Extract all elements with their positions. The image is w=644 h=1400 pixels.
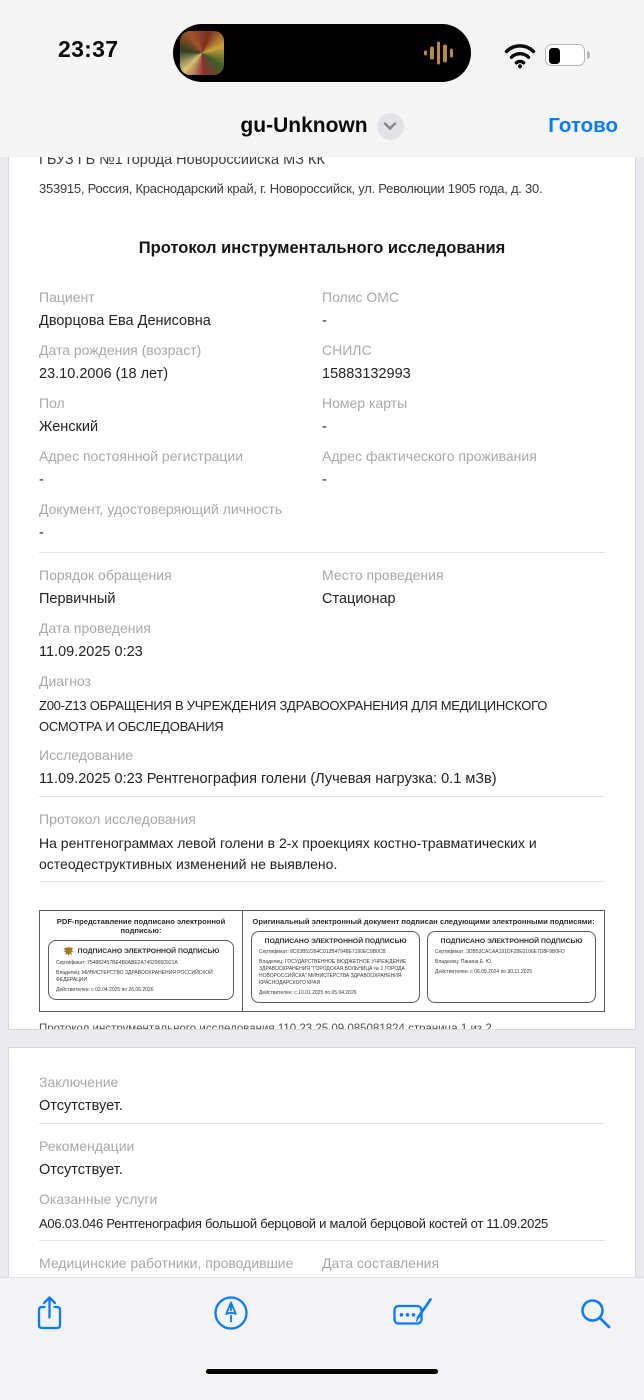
home-indicator[interactable] xyxy=(206,1369,438,1375)
field-row: ПациентДворцова Ева Денисовна Полис ОМС- xyxy=(39,287,605,332)
signature-stamp: ПОДПИСАНО ЭЛЕКТРОННОЙ ПОДПИСЬЮ Сертифика… xyxy=(251,931,420,1003)
stamp-validity: Действителен: с 06.09.2024 по 30.11.2025 xyxy=(435,969,588,976)
patient-fields: ПациентДворцова Ева Денисовна Полис ОМС-… xyxy=(39,287,605,882)
field-value: - xyxy=(322,417,595,438)
now-playing-artwork xyxy=(180,31,224,75)
search-button[interactable] xyxy=(574,1292,616,1334)
autofill-signature-icon xyxy=(392,1295,434,1331)
field-value: 23.10.2006 (18 лет) xyxy=(39,364,312,385)
field-value: - xyxy=(39,470,312,491)
signature-stamp: ПОДПИСАНО ЭЛЕКТРОННОЙ ПОДПИСЬЮ Сертифика… xyxy=(48,940,234,1000)
title-menu-button[interactable] xyxy=(377,113,404,140)
field-row: Оказанные услугиA06.03.046 Рентгенографи… xyxy=(39,1189,605,1234)
stamp-certificate: Сертификат: 8C63B52264C012B47948E7190EC9… xyxy=(259,949,412,956)
markup-pen-icon xyxy=(212,1294,250,1332)
signature-table: PDF-представление подписано электронной … xyxy=(39,910,605,1012)
field-row: Дата рождения (возраст)23.10.2006 (18 ле… xyxy=(39,340,605,385)
dynamic-island[interactable] xyxy=(173,24,471,82)
field-value: Первичный xyxy=(39,589,312,610)
stamp-owner: Владелец: МИНИСТЕРСТВО ЗДРАВООХРАНЕНИЯ Р… xyxy=(56,970,226,984)
field-label: Исследование xyxy=(39,745,595,765)
field-label: СНИЛС xyxy=(322,340,595,360)
field-row: Порядок обращенияПервичный Место проведе… xyxy=(39,565,605,610)
iphone-screen: 23:37 gu-Unknown Готово xyxy=(0,0,644,1400)
field-value: Z00-Z13 ОБРАЩЕНИЯ В УЧРЕЖДЕНИЯ ЗДРАВООХР… xyxy=(39,695,595,737)
field-value: Стационар xyxy=(322,589,595,610)
field-value: Дворцова Ева Денисовна xyxy=(39,311,312,332)
field-row: ДиагнозZ00-Z13 ОБРАЩЕНИЯ В УЧРЕЖДЕНИЯ ЗД… xyxy=(39,671,605,737)
stamp-owner: Владелец: ГОСУДАРСТВЕННОЕ БЮДЖЕТНОЕ УЧРЕ… xyxy=(259,959,412,987)
field-row: Адрес постоянной регистрации- Адрес факт… xyxy=(39,446,605,491)
pdf-page-2: ЗаключениеОтсутствует. РекомендацииОтсут… xyxy=(8,1047,636,1277)
field-value: A06.03.046 Рентгенография большой берцов… xyxy=(39,1213,595,1234)
status-time: 23:37 xyxy=(58,36,118,63)
field-row: РекомендацииОтсутствует. xyxy=(39,1136,605,1181)
document-title: gu-Unknown xyxy=(240,114,367,138)
field-label: Пациент xyxy=(39,287,312,307)
field-row: ЗаключениеОтсутствует. xyxy=(39,1072,605,1117)
stamp-title: ПОДПИСАНО ЭЛЕКТРОННОЙ ПОДПИСЬЮ xyxy=(78,947,220,956)
bottom-toolbar xyxy=(0,1277,644,1400)
field-value: 11.09.2025 0:23 xyxy=(39,642,595,663)
autofill-button[interactable] xyxy=(392,1292,434,1334)
field-value: 11.09.2025 0:23 Рентгенография голени (Л… xyxy=(39,769,595,790)
pdf-page-1: ГБУЗ ГБ №1 города Новороссийска МЗ КК 35… xyxy=(8,157,636,1030)
field-label: Пол xyxy=(39,393,312,413)
field-label: Номер карты xyxy=(322,393,595,413)
organization-line: ГБУЗ ГБ №1 города Новороссийска МЗ КК xyxy=(39,157,605,171)
field-value: Отсутствует. xyxy=(39,1096,595,1117)
field-label: Заключение xyxy=(39,1072,595,1092)
field-label: Оказанные услуги xyxy=(39,1189,595,1209)
field-label: Документ, удостоверяющий личность xyxy=(39,499,595,519)
field-row: Исследование11.09.2025 0:23 Рентгенограф… xyxy=(39,745,605,790)
battery-level xyxy=(549,48,560,64)
field-label: Адрес постоянной регистрации xyxy=(39,446,312,466)
field-row: Медицинские работники, проводившие иссле… xyxy=(39,1253,605,1277)
status-bar: 23:37 xyxy=(0,0,644,95)
section-divider xyxy=(39,1240,605,1241)
field-row: ПолЖенский Номер карты- xyxy=(39,393,605,438)
audio-waveform-icon xyxy=(424,42,454,65)
field-value: Отсутствует. xyxy=(39,1160,595,1181)
field-label: Рекомендации xyxy=(39,1136,595,1156)
section-divider xyxy=(39,796,605,797)
markup-button[interactable] xyxy=(210,1292,252,1334)
original-signature-cell: Оригинальный электронный документ подпис… xyxy=(243,911,604,1011)
search-icon xyxy=(578,1296,613,1331)
field-row: Дата проведения11.09.2025 0:23 xyxy=(39,618,605,663)
field-value: 15883132993 xyxy=(322,364,595,385)
section-divider xyxy=(39,881,605,882)
field-value: - xyxy=(322,470,595,491)
document-scroll-area[interactable]: ГБУЗ ГБ №1 города Новороссийска МЗ КК 35… xyxy=(0,157,644,1277)
coat-of-arms-icon xyxy=(63,946,74,957)
nav-bar: gu-Unknown Готово xyxy=(0,95,644,157)
stamp-validity: Действителен: с 02.04.2025 по 26.06.2026 xyxy=(56,987,226,994)
field-label: Дата составления xyxy=(322,1253,595,1273)
field-label: Протокол исследования xyxy=(39,809,595,829)
stamp-title: ПОДПИСАНО ЭЛЕКТРОННОЙ ПОДПИСЬЮ xyxy=(441,937,583,946)
field-row: Протокол исследованияНа рентгенограммах … xyxy=(39,809,605,875)
protocol-title: Протокол инструментального исследования xyxy=(39,237,605,259)
signature-stamp: ПОДПИСАНО ЭЛЕКТРОННОЙ ПОДПИСЬЮ Сертифика… xyxy=(427,931,596,1003)
pdf-signature-cell: PDF-представление подписано электронной … xyxy=(40,911,243,1011)
original-signature-header: Оригинальный электронный документ подпис… xyxy=(251,917,596,926)
field-label: Место проведения xyxy=(322,565,595,585)
section-divider xyxy=(39,552,605,553)
field-label: Дата проведения xyxy=(39,618,595,638)
field-value: - xyxy=(39,523,595,544)
field-label: Диагноз xyxy=(39,671,595,691)
field-label: Медицинские работники, проводившие иссле… xyxy=(39,1253,312,1277)
share-button[interactable] xyxy=(28,1292,70,1334)
field-label: Адрес фактического проживания xyxy=(322,446,595,466)
stamp-validity: Действителен: с 10.01.2025 по 05.04.2026 xyxy=(259,990,412,997)
field-label: Порядок обращения xyxy=(39,565,312,585)
section-divider xyxy=(39,1123,605,1124)
pdf-signature-header: PDF-представление подписано электронной … xyxy=(48,917,234,935)
field-label: Полис ОМС xyxy=(322,287,595,307)
stamp-title: ПОДПИСАНО ЭЛЕКТРОННОЙ ПОДПИСЬЮ xyxy=(265,937,407,946)
stamp-owner: Владелец: Панина Е. Ю. xyxy=(435,959,588,966)
field-row: Документ, удостоверяющий личность- xyxy=(39,499,605,544)
share-icon xyxy=(34,1294,65,1333)
organization-address: 353915, Россия, Краснодарский край, г. Н… xyxy=(39,178,605,200)
done-button[interactable]: Готово xyxy=(548,114,618,138)
stamp-certificate: Сертификат: 3DB53CACAA191DF28E0106E7D8F9… xyxy=(435,949,588,956)
wifi-icon xyxy=(503,42,537,69)
stamp-certificate: Сертификат: 754882457BE4B0ABE2A745296509… xyxy=(56,960,226,967)
chevron-down-icon xyxy=(383,121,397,131)
field-value: На рентгенограммах левой голени в 2-х пр… xyxy=(39,833,595,875)
field-label: Дата рождения (возраст) xyxy=(39,340,312,360)
field-value: - xyxy=(322,311,595,332)
field-value: Женский xyxy=(39,417,312,438)
page-footer: Протокол инструментального исследования … xyxy=(39,1021,605,1030)
battery-icon xyxy=(545,44,591,66)
